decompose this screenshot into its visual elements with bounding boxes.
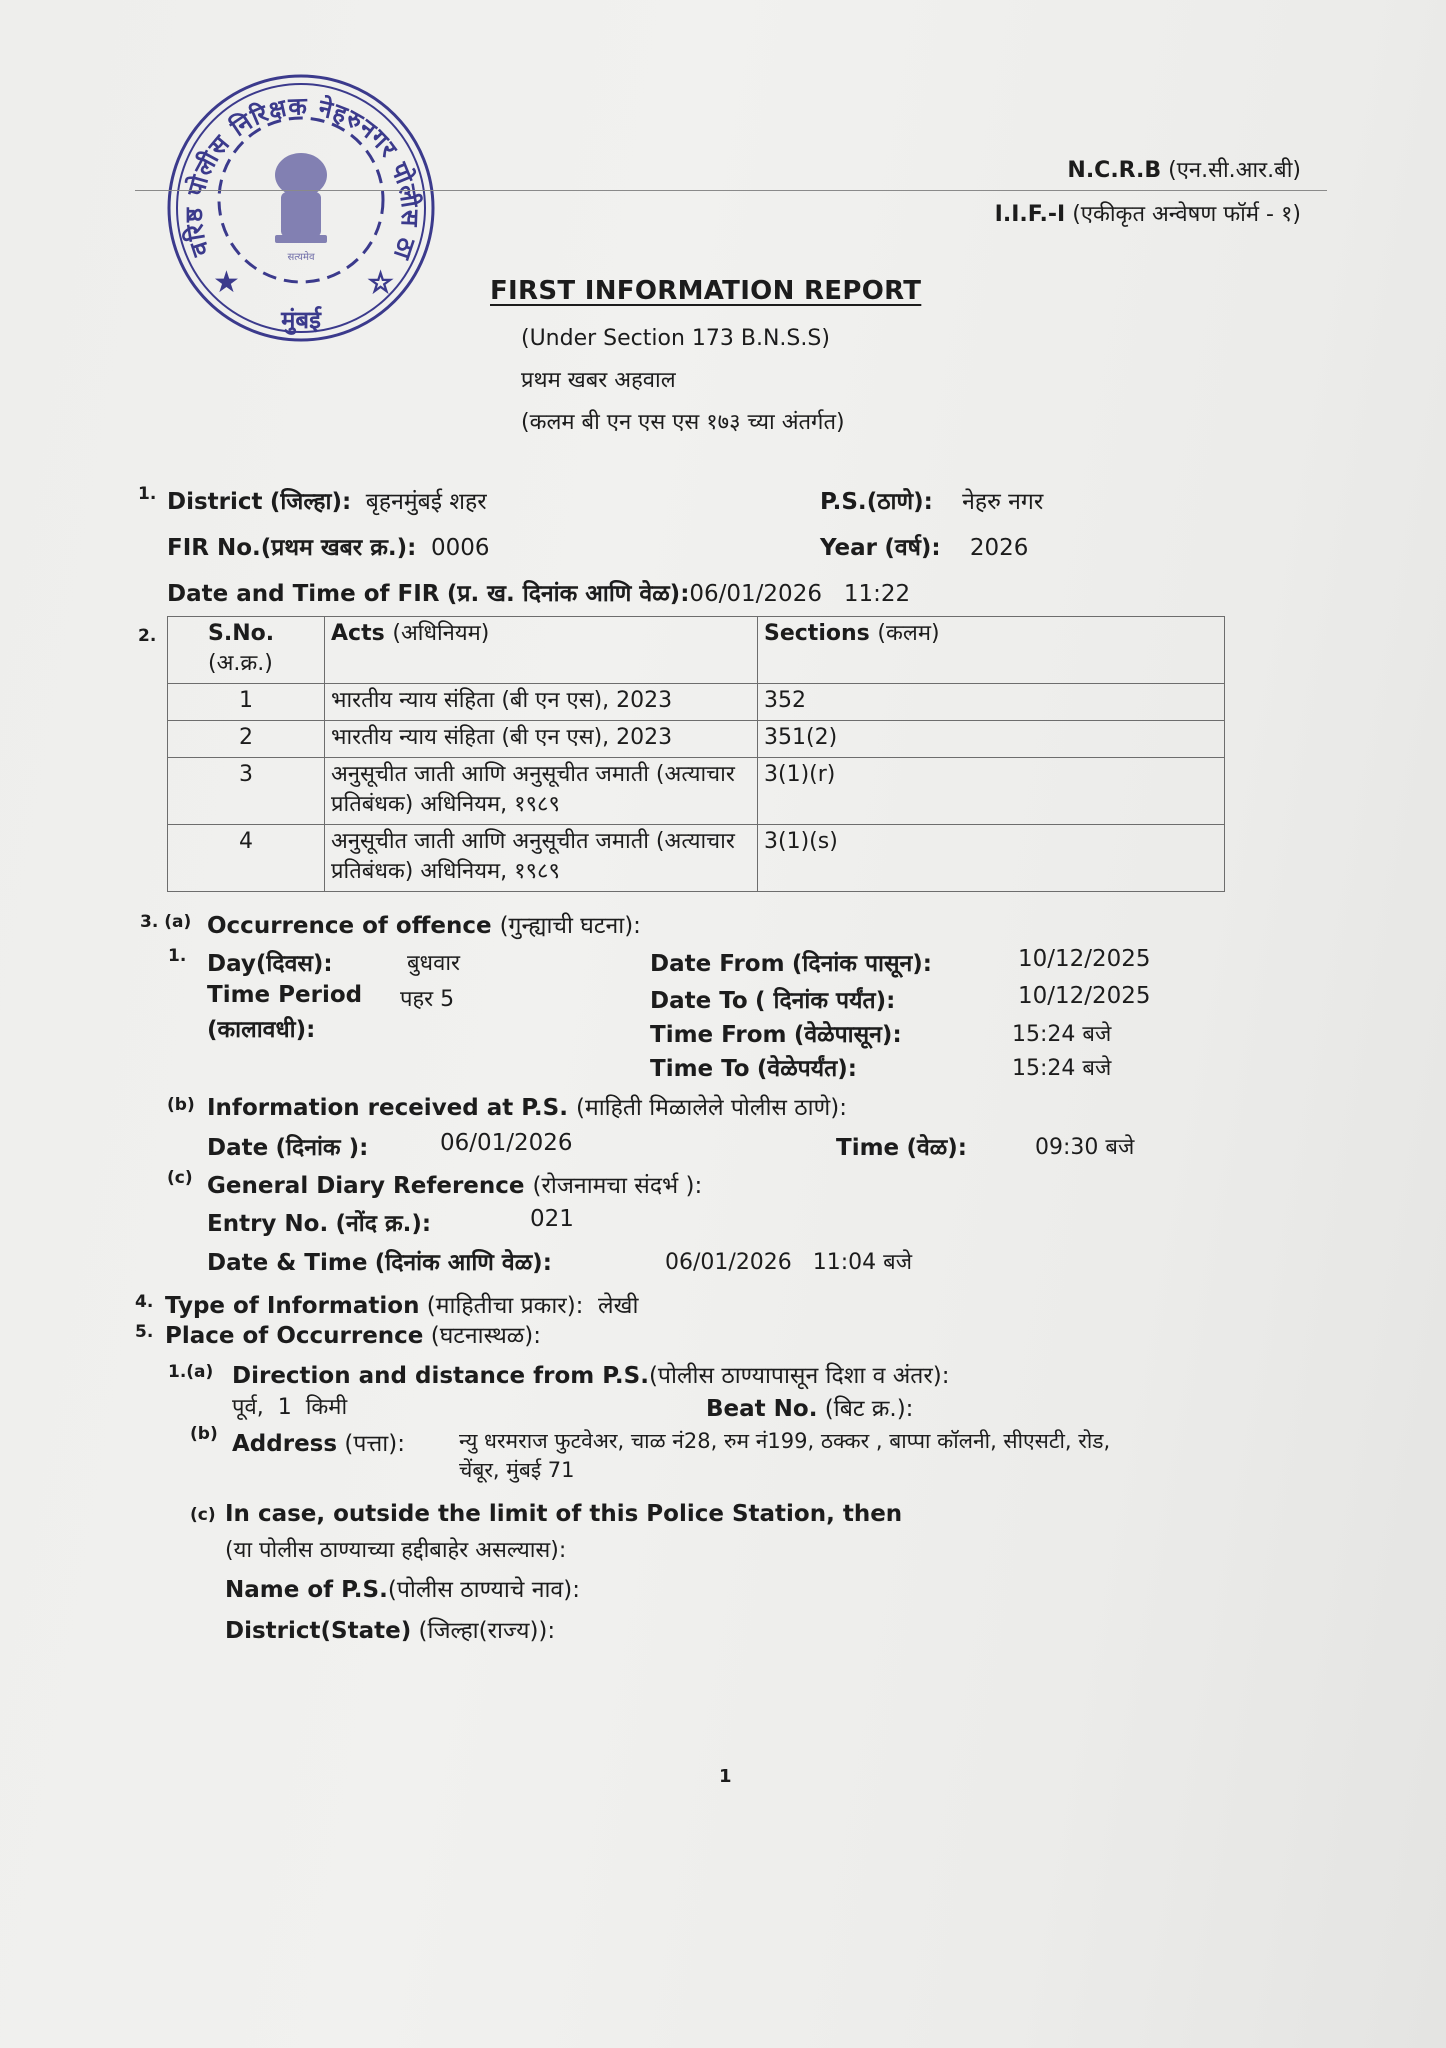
- info-received-heading: Information received at P.S. (माहिती मिळ…: [207, 1090, 847, 1122]
- title-marathi-under: (कलम बी एन एस एस १७३ च्या अंतर्गत): [521, 406, 845, 436]
- sno-cell: 2: [168, 721, 325, 758]
- time-period-label: Time Period: [207, 982, 362, 1008]
- gd-datetime-field: Date & Time (दिनांक आणि वेळ):: [207, 1245, 552, 1277]
- info-date-value: 06/01/2026: [440, 1130, 573, 1156]
- table-row: 1भारतीय न्याय संहिता (बी एन एस), 2023352: [168, 684, 1225, 721]
- title-marathi: प्रथम खबर अहवाल: [521, 364, 676, 394]
- time-period-label-hi: (कालावधी):: [207, 1012, 315, 1044]
- year-value: 2026: [970, 535, 1029, 561]
- act-cell: भारतीय न्याय संहिता (बी एन एस), 2023: [325, 721, 758, 758]
- section-cell: 3(1)(r): [758, 758, 1225, 825]
- district-value: बृहनमुंबई शहर: [366, 489, 487, 515]
- police-station-stamp: वरिष्ठ पोलीस निरिक्षक नेहरुनगर पोलीस ठाण…: [163, 70, 439, 346]
- section-cell: 351(2): [758, 721, 1225, 758]
- type-of-information-field: Type of Information (माहितीचा प्रकार): ल…: [165, 1288, 638, 1320]
- svg-text:मुंबई: मुंबई: [280, 306, 322, 335]
- title-under-section: (Under Section 173 B.N.S.S): [521, 326, 830, 351]
- fir-number-field: FIR No.(प्रथम खबर क्र.): 0006: [167, 530, 489, 562]
- sno-cell: 3: [168, 758, 325, 825]
- outside-district-state-field: District(State) (जिल्हा(राज्य)):: [225, 1613, 555, 1645]
- time-to-value: 15:24 बजे: [1012, 1052, 1111, 1082]
- entry-number-field: Entry No. (नोंद क्र.):: [207, 1206, 431, 1238]
- info-date-field: Date (दिनांक ):: [207, 1130, 368, 1162]
- sno-cell: 1: [168, 684, 325, 721]
- table-row: 4अनुसूचीत जाती आणि अनुसूचीत जमाती (अत्या…: [168, 825, 1225, 892]
- section-cell: 352: [758, 684, 1225, 721]
- time-period-value: पहर 5: [400, 983, 454, 1013]
- page-number: 1: [719, 1766, 732, 1787]
- date-to-value: 10/12/2025: [1018, 983, 1151, 1009]
- fir-document-page: वरिष्ठ पोलीस निरिक्षक नेहरुनगर पोलीस ठाण…: [0, 0, 1446, 2048]
- table-row: 2भारतीय न्याय संहिता (बी एन एस), 2023351…: [168, 721, 1225, 758]
- acts-sections-table: S.No.(अ.क्र.) Acts (अधिनियम) Sections (क…: [167, 616, 1225, 892]
- entry-number-value: 021: [530, 1206, 574, 1232]
- table-header-row: S.No.(अ.क्र.) Acts (अधिनियम) Sections (क…: [168, 617, 1225, 684]
- table-row: 3अनुसूचीत जाती आणि अनुसूचीत जमाती (अत्या…: [168, 758, 1225, 825]
- ncrb-header: N.C.R.B (एन.सी.आर.बी): [1067, 154, 1301, 184]
- column-header-sections: Sections (कलम): [758, 617, 1225, 684]
- direction-distance-value: पूर्व, 1 किमी: [232, 1391, 347, 1421]
- iif-header: I.I.F.-I (एकीकृत अन्वेषण फॉर्म - १): [995, 198, 1301, 228]
- occurrence-heading: Occurrence of offence (गुन्ह्याची घटना):: [207, 908, 641, 940]
- column-header-sno: S.No.(अ.क्र.): [168, 617, 325, 684]
- time-from-value: 15:24 बजे: [1012, 1018, 1111, 1048]
- outside-limit-heading: In case, outside the limit of this Polic…: [225, 1501, 902, 1527]
- document-title: FIRST INFORMATION REPORT: [490, 276, 921, 306]
- police-station-value: नेहरु नगर: [962, 489, 1043, 515]
- fir-number-value: 0006: [431, 535, 490, 561]
- day-field: Day(दिवस):: [207, 946, 333, 978]
- year-field: Year (वर्ष): 2026: [820, 530, 1028, 562]
- address-value-line-1: न्यु धरमराज फुटवेअर, चाळ नं28, रुम नं199…: [459, 1427, 1110, 1455]
- time-to-field: Time To (वेळेपर्यंत):: [650, 1051, 857, 1083]
- info-time-value: 09:30 बजे: [1035, 1131, 1134, 1161]
- sno-cell: 4: [168, 825, 325, 892]
- act-cell: अनुसूचीत जाती आणि अनुसूचीत जमाती (अत्याच…: [325, 825, 758, 892]
- district-field: District (जिल्हा): बृहनमुंबई शहर: [167, 484, 487, 516]
- act-cell: भारतीय न्याय संहिता (बी एन एस), 2023: [325, 684, 758, 721]
- national-emblem-icon: [275, 153, 327, 243]
- day-value: बुधवार: [407, 947, 460, 977]
- address-value-line-2: चेंबूर, मुंबई 71: [459, 1456, 575, 1484]
- type-of-information-value: लेखी: [598, 1293, 638, 1319]
- star-icon: ★: [213, 265, 240, 300]
- act-cell: अनुसूचीत जाती आणि अनुसूचीत जमाती (अत्याच…: [325, 758, 758, 825]
- header-divider: [135, 190, 1327, 191]
- beat-number-field: Beat No. (बिट क्र.):: [706, 1391, 913, 1423]
- fir-datetime-value: 06/01/2026 11:22: [689, 581, 910, 607]
- police-station-field: P.S.(ठाणे): नेहरु नगर: [820, 484, 1043, 516]
- outside-limit-heading-hi: (या पोलीस ठाण्याच्या हद्दीबाहेर असल्यास)…: [225, 1534, 566, 1564]
- fir-datetime-field: Date and Time of FIR (प्र. ख. दिनांक आणि…: [167, 576, 910, 608]
- column-header-acts: Acts (अधिनियम): [325, 617, 758, 684]
- date-from-value: 10/12/2025: [1018, 946, 1151, 972]
- gd-datetime-value: 06/01/2026 11:04 बजे: [665, 1246, 912, 1276]
- time-from-field: Time From (वेळेपासून):: [650, 1017, 902, 1049]
- date-to-field: Date To ( दिनांक पर्यंत):: [650, 983, 895, 1015]
- section-cell: 3(1)(s): [758, 825, 1225, 892]
- general-diary-heading: General Diary Reference (रोजनामचा संदर्भ…: [207, 1168, 702, 1200]
- info-time-field: Time (वेळ):: [836, 1130, 967, 1162]
- address-label: Address (पत्ता):: [232, 1426, 405, 1458]
- star-outline-icon: ☆: [368, 266, 393, 299]
- date-from-field: Date From (दिनांक पासून):: [650, 946, 932, 978]
- svg-text:सत्यमेव: सत्यमेव: [288, 251, 315, 263]
- outside-ps-name-field: Name of P.S.(पोलीस ठाण्याचे नाव):: [225, 1572, 580, 1604]
- direction-distance-heading: Direction and distance from P.S.(पोलीस ठ…: [232, 1358, 950, 1390]
- place-of-occurrence-heading: Place of Occurrence (घटनास्थळ):: [165, 1318, 541, 1350]
